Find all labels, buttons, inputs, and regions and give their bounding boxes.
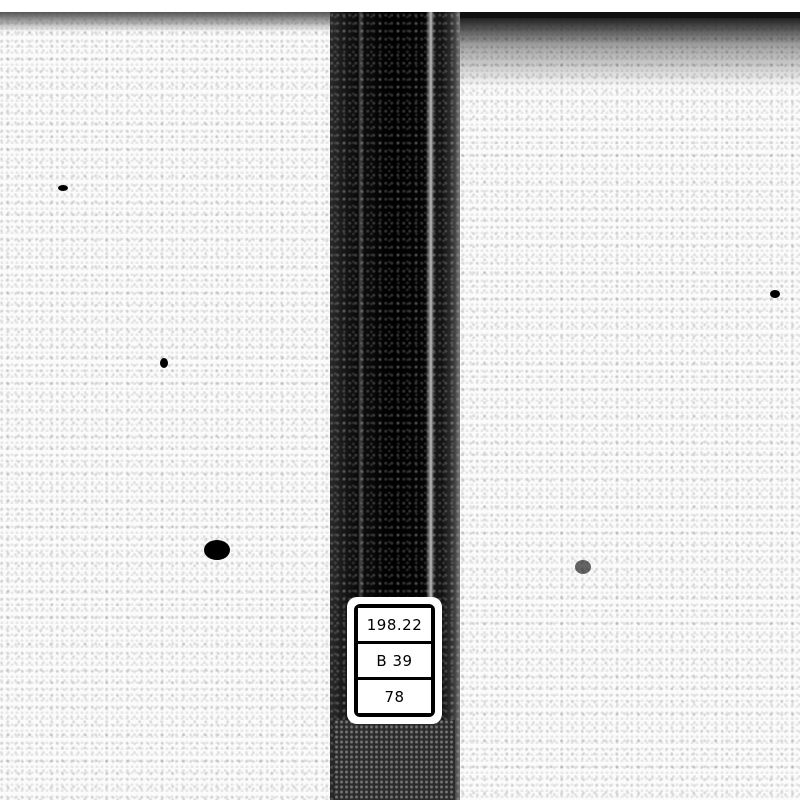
stain xyxy=(770,290,780,298)
stain xyxy=(58,185,68,191)
spine-foot-wear xyxy=(335,720,455,800)
label-frame: 198.22 B 39 78 xyxy=(354,604,435,717)
stain xyxy=(575,560,591,574)
call-number-cutter: B 39 xyxy=(358,644,431,677)
call-number-year: 78 xyxy=(358,680,431,713)
stain xyxy=(204,540,230,560)
book-cover-scan: 198.22 B 39 78 xyxy=(0,0,800,800)
library-shelf-label: 198.22 B 39 78 xyxy=(347,597,442,724)
front-board xyxy=(0,12,335,800)
stain xyxy=(160,358,168,368)
back-board xyxy=(455,12,800,800)
call-number-class: 198.22 xyxy=(358,608,431,641)
